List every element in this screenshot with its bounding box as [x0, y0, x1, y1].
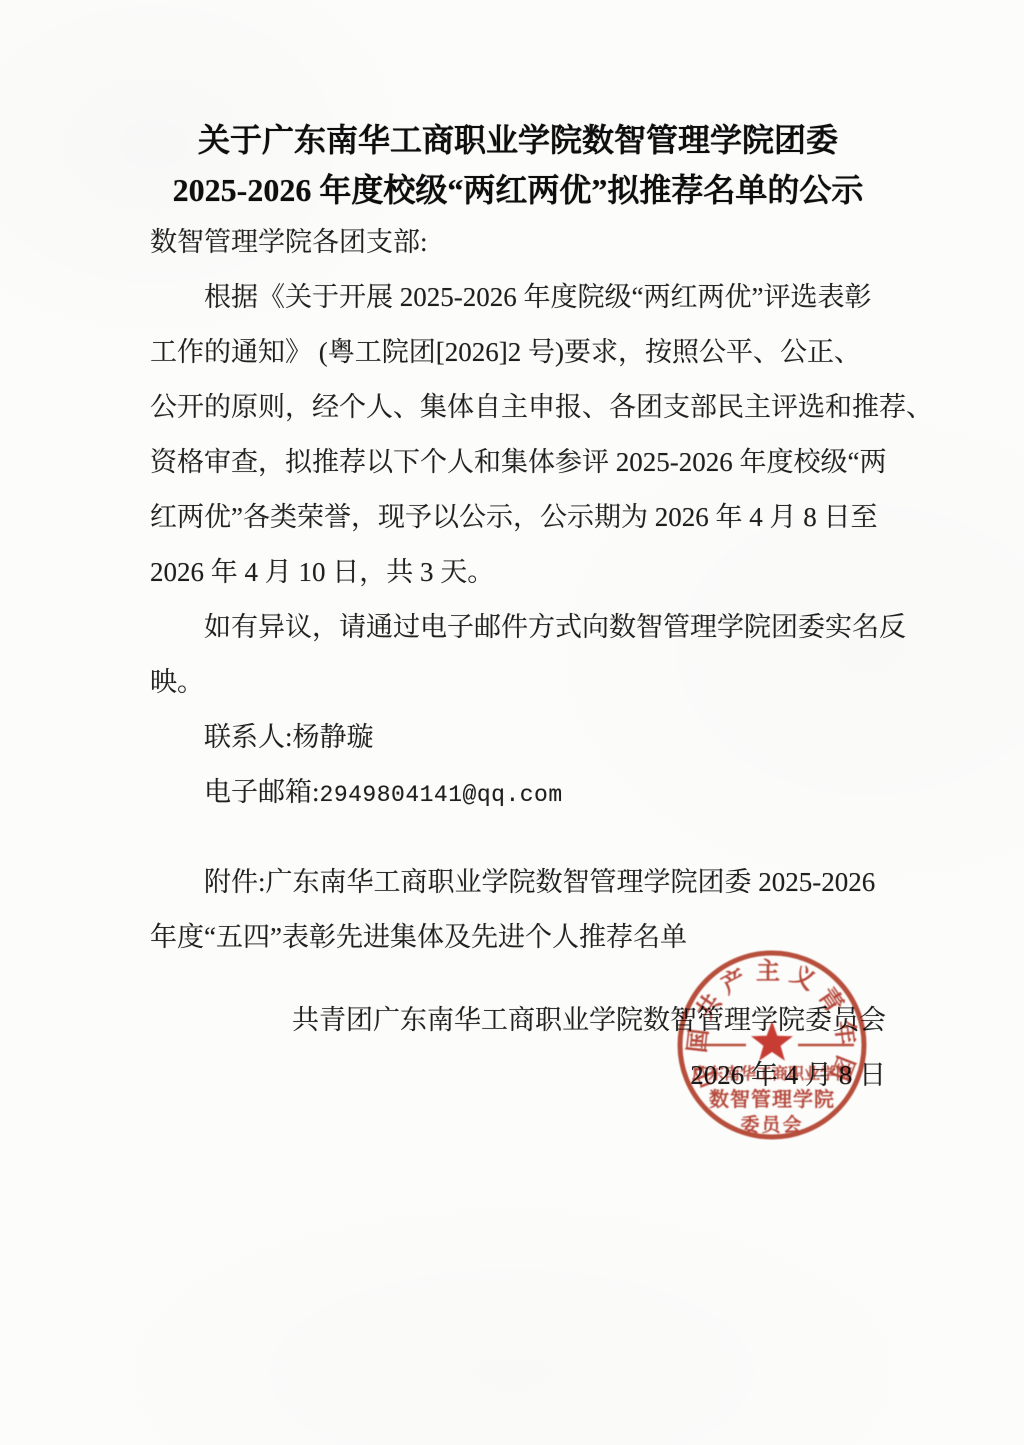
paragraph-1: 根据《关于开展 2025-2026 年度院级“两红两优”评选表彰 工作的通知》 …	[150, 270, 886, 600]
paragraph-2: 如有异议，请通过电子邮件方式向数智管理学院团委实名反 映。	[150, 600, 886, 710]
document-line: 根据《关于开展 2025-2026 年度院级“两红两优”评选表彰	[150, 270, 886, 325]
document-line: 映。	[150, 655, 886, 710]
title-line-1: 关于广东南华工商职业学院数智管理学院团委	[150, 115, 886, 165]
contact-email-label: 电子邮箱:	[204, 777, 320, 807]
document-line: 2026 年 4 月 10 日，共 3 天。	[150, 545, 886, 600]
contact-person-label: 联系人:	[204, 722, 293, 752]
seal-org-line-3: 委员会	[740, 1113, 803, 1136]
document-line: 附件:广东南华工商职业学院数智管理学院团委 2025-2026	[150, 855, 886, 910]
title-line-2: 2025-2026 年度校级“两红两优”拟推荐名单的公示	[150, 165, 886, 215]
document-title: 关于广东南华工商职业学院数智管理学院团委 2025-2026 年度校级“两红两优…	[150, 0, 886, 215]
document-line: 红两优”各类荣誉，现予以公示，公示期为 2026 年 4 月 8 日至	[150, 490, 886, 545]
contact-email-value: 2949804141@qq.com	[320, 782, 563, 808]
seal-org-line-1: 广东南华工商职业学院	[692, 1064, 852, 1083]
scanned-notice-page: 关于广东南华工商职业学院数智管理学院团委 2025-2026 年度校级“两红两优…	[0, 0, 1024, 1445]
document-content: 关于广东南华工商职业学院数智管理学院团委 2025-2026 年度校级“两红两优…	[150, 0, 886, 1103]
seal-org-line-2: 数智管理学院	[709, 1087, 835, 1111]
contact-person-line: 联系人:杨静璇	[150, 710, 886, 765]
document-line: 工作的通知》 (粤工院团[2026]2 号)要求，按照公平、公正、	[150, 325, 886, 380]
contact-email-line: 电子邮箱:2949804141@qq.com	[150, 765, 886, 820]
contact-person-name: 杨静璇	[293, 722, 374, 752]
star-icon	[751, 1021, 793, 1061]
document-line: 如有异议，请通过电子邮件方式向数智管理学院团委实名反	[150, 600, 886, 655]
salutation: 数智管理学院各团支部:	[150, 215, 886, 270]
seal-graphic: 中国共产主义青年团 广东南华工商职业学院 数智管理学院 委员会	[672, 945, 872, 1145]
document-line: 公开的原则，经个人、集体自主申报、各团支部民主评选和推荐、	[150, 380, 886, 435]
document-line: 资格审查，拟推荐以下个人和集体参评 2025-2026 年度校级“两	[150, 435, 886, 490]
official-seal-stamp: 中国共产主义青年团 广东南华工商职业学院 数智管理学院 委员会	[672, 945, 872, 1145]
